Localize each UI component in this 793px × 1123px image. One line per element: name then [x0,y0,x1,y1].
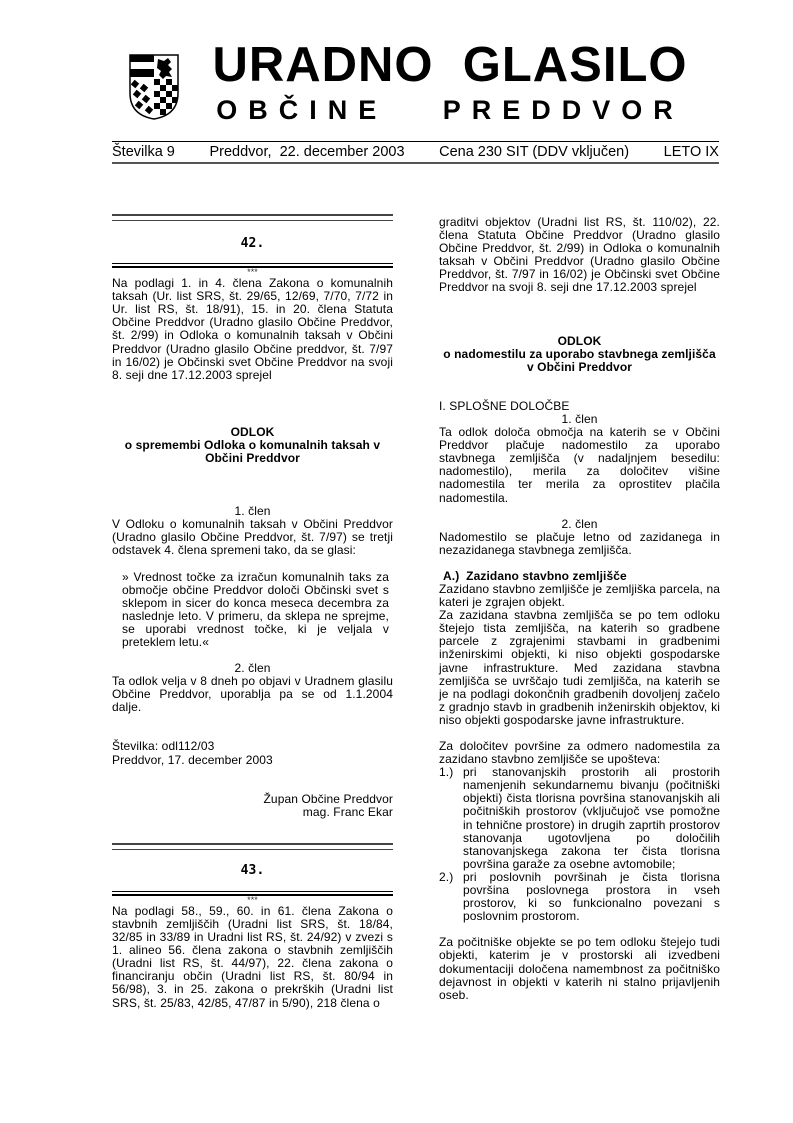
subsection-title: A.) Zazidano stavbno zemljišče [439,570,720,583]
list-number: 1.) [439,766,463,871]
para-holiday-objects: Za počitniške objekte se po tem odloku š… [439,936,720,1001]
doc43-preamble-continued: graditvi objektov (Uradni list RS, št. 1… [439,216,720,295]
doc43-heading: ODLOK [439,335,720,348]
left-column: 42. *** Na podlagi 1. in 4. člena Zakona… [112,214,393,1010]
signatory-title: Župan Občine Preddvor [112,793,393,806]
doc43-subheading-2: v Občini Preddvor [439,361,720,374]
section-title: I. SPLOŠNE DOLOČBE [439,400,720,413]
document-number-42: 42. [112,237,393,250]
para-built-land: Zazidano stavbno zemljišče je zemljiška … [439,583,720,609]
section-divider [112,843,393,850]
coat-of-arms-icon [128,53,180,121]
list-text: pri stanovanjskih prostorih ali prostori… [463,766,720,871]
issue-meta-row: Številka 9 Preddvor, 22. december 2003 C… [112,143,719,161]
publication-title: URADNO GLASILO [200,36,700,94]
masthead-divider-top [112,141,719,142]
masthead-divider-bottom [112,162,719,164]
article2-title: 2. člen [439,518,720,531]
signatory-name: mag. Franc Ekar [112,806,393,819]
doc43-preamble: Na podlagi 58., 59., 60. in 61. člena Za… [112,905,393,1010]
article1-text: Ta odlok določa območja na katerih se v … [439,426,720,505]
doc42-article2-text: Ta odlok velja v 8 dneh po objavi v Urad… [112,675,393,714]
para-area-calculation: Za določitev površine za odmero nadomest… [439,740,720,766]
doc42-article1-text: V Odloku o komunalnih taksah v Občini Pr… [112,518,393,557]
doc43-subheading: o nadomestilu za uporabo stavbnega zemlj… [439,348,720,361]
list-number: 2.) [439,871,463,923]
list-item: 1.) pri stanovanjskih prostorih ali pros… [439,766,720,871]
issue-year: LETO IX [664,143,719,161]
para-built-land-detail: Za zazidana stavbna zemljišča se po tem … [439,609,720,727]
doc42-preamble: Na podlagi 1. in 4. člena Zakona o komun… [112,277,393,382]
list-item: 2.) pri poslovnih površinah je čista tlo… [439,871,720,923]
right-column: graditvi objektov (Uradni list RS, št. 1… [439,216,720,1002]
section-divider [112,214,393,221]
publication-subtitle: OBČINE PREDDVOR [200,92,700,128]
article2-text: Nadomestilo se plačuje letno od zazidane… [439,531,720,557]
list-text: pri poslovnih površinah je čista tlorisn… [463,871,720,923]
document-number-43: 43. [112,864,393,877]
doc42-ref-date: Preddvor, 17. december 2003 [112,754,393,767]
doc42-ref-number: Številka: odl112/03 [112,740,393,753]
doc42-heading: ODLOK [112,426,393,439]
doc42-quote: » Vrednost točke za izračun komunalnih t… [112,571,393,650]
issue-price: Cena 230 SIT (DDV vključen) [439,143,629,161]
issue-number: Številka 9 [112,143,175,161]
doc42-subheading-2: Občini Preddvor [112,452,393,465]
issue-place-date: Preddvor, 22. december 2003 [209,143,404,161]
